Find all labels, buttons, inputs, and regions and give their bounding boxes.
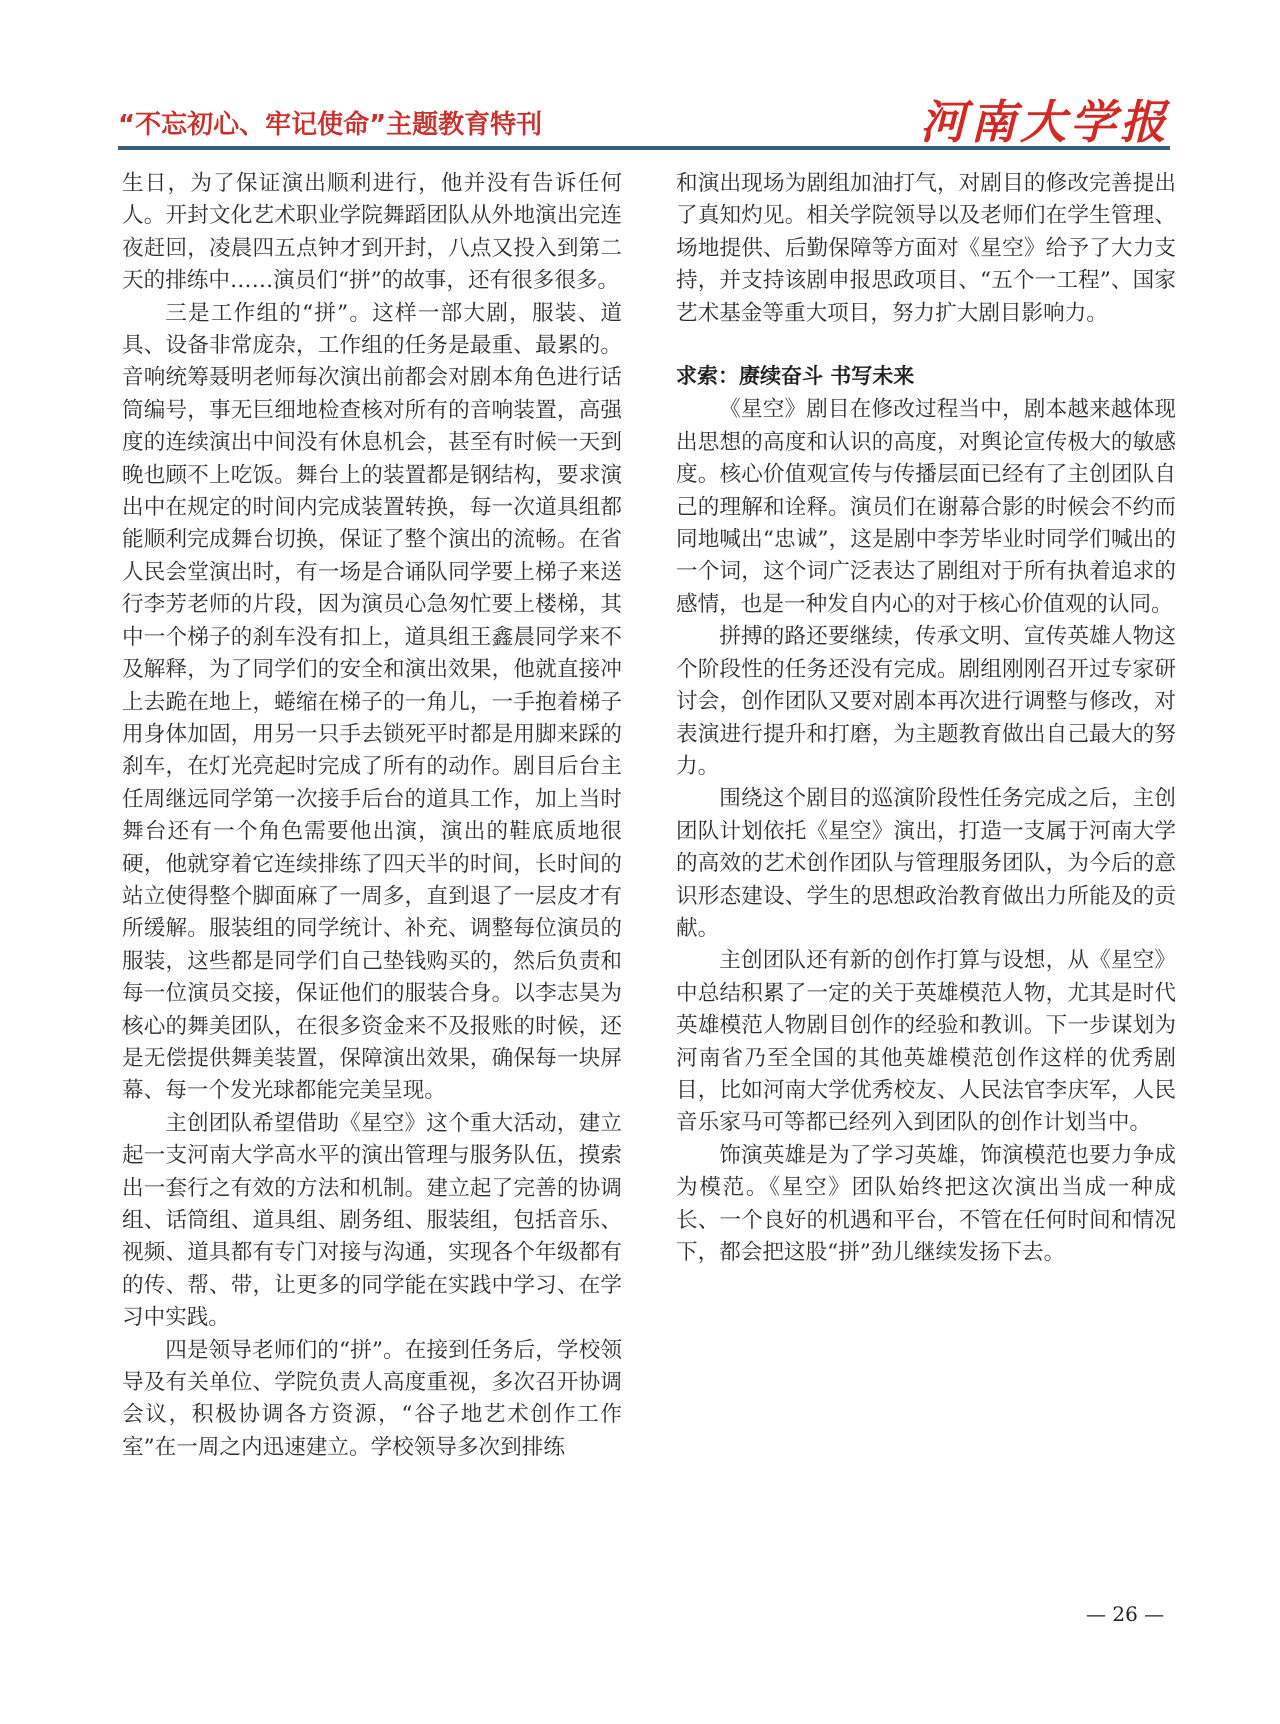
article-paragraph: 拼搏的路还要继续，传承文明、宣传英雄人物这个阶段性的任务还没有完成。剧组刚刚召开…: [676, 621, 1176, 783]
article-paragraph: 四是领导老师们的“拼”。在接到任务后，学校领导及有关单位、学院负责人高度重视，多…: [122, 1335, 622, 1465]
article-paragraph: 《星空》剧目在修改过程当中，剧本越来越体现出思想的高度和认识的高度，对舆论宣传极…: [676, 394, 1176, 621]
article-paragraph: 饰演英雄是为了学习英雄，饰演模范也要力争成为模范。《星空》团队始终把这次演出当成…: [676, 1140, 1176, 1270]
article-paragraph: 围绕这个剧目的巡演阶段性任务完成之后，主创团队计划依托《星空》演出，打造一支属于…: [676, 783, 1176, 945]
article-paragraph: 三是工作组的“拼”。这样一部大剧，服装、道具、设备非常庞杂，工作组的任务是最重、…: [122, 298, 622, 1108]
article-paragraph: 主创团队希望借助《星空》这个重大活动，建立起一支河南大学高水平的演出管理与服务队…: [122, 1108, 622, 1335]
newspaper-masthead-logo: 河南大学报: [920, 86, 1170, 152]
left-column: 生日，为了保证演出顺利进行，他并没有告诉任何人。开封文化艺术职业学院舞蹈团队从外…: [122, 168, 622, 1464]
right-column: 和演出现场为剧组加油打气，对剧目的修改完善提出了真知灼见。相关学院领导以及老师们…: [676, 168, 1176, 1269]
article-paragraph: 生日，为了保证演出顺利进行，他并没有告诉任何人。开封文化艺术职业学院舞蹈团队从外…: [122, 168, 622, 298]
header-divider: [118, 146, 1170, 150]
article-paragraph: 和演出现场为剧组加油打气，对剧目的修改完善提出了真知灼见。相关学院领导以及老师们…: [676, 168, 1176, 330]
page-number: — 26 —: [1086, 1602, 1164, 1626]
article-paragraph: 主创团队还有新的创作打算与设想，从《星空》中总结积累了一定的关于英雄模范人物，尤…: [676, 945, 1176, 1139]
page-header: “不忘初心、牢记使命”主题教育特刊 河南大学报: [118, 86, 1170, 150]
special-issue-title: “不忘初心、牢记使命”主题教育特刊: [118, 104, 542, 141]
section-heading: 求索：赓续奋斗 书写未来: [676, 360, 1176, 392]
